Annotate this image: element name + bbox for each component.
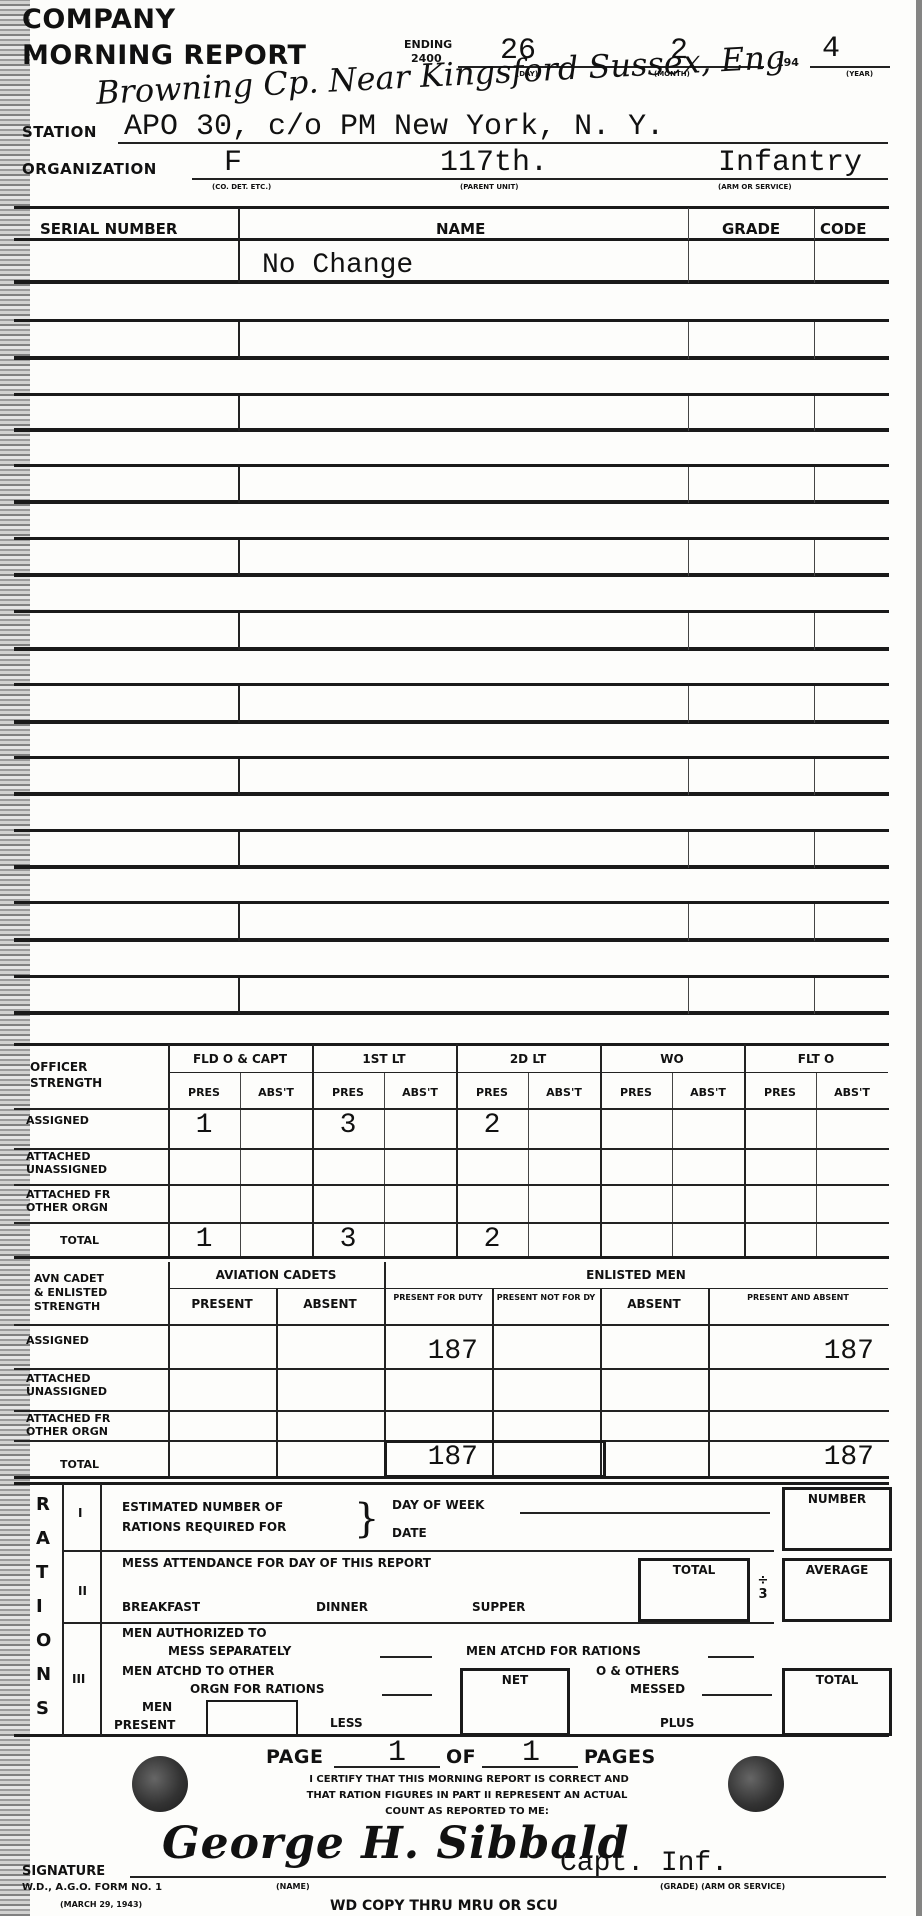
enlisted-col-divider [276, 1288, 278, 1478]
mess-total-label: TOTAL [641, 1563, 747, 1577]
roster-col-divider [814, 832, 815, 868]
officer-cell[interactable]: 2 [456, 1224, 528, 1255]
officer-group-header: WO [600, 1052, 744, 1066]
rations-divider-2 [100, 1484, 102, 1736]
supper-label[interactable]: SUPPER [472, 1600, 525, 1614]
atchd-other-line1: MEN ATCHD TO OTHER [122, 1664, 274, 1678]
officer-rule [14, 1222, 889, 1224]
enlisted-col-header: PRESENT FOR DUTY [384, 1292, 492, 1304]
seal-right-icon [728, 1756, 784, 1812]
enlisted-row-label: ATTACHED FR OTHER ORGN [26, 1412, 156, 1438]
enlisted-row-label: ASSIGNED [26, 1334, 156, 1347]
rations-side-letter: R [36, 1494, 50, 1515]
certify-line2: THAT RATION FIGURES IN PART II REPRESENT… [242, 1790, 692, 1801]
roster-col-divider [688, 322, 689, 359]
officer-col-divider [528, 1072, 529, 1258]
org-company-caption: (CO. DET. ETC.) [212, 183, 271, 191]
seal-left-icon [132, 1756, 188, 1812]
enlisted-rule [14, 1368, 889, 1370]
org-arm[interactable]: Infantry [718, 146, 862, 180]
enlisted-title: AVN CADET [34, 1272, 104, 1285]
officer-subcol-header: PRES [168, 1086, 240, 1099]
day-of-week-field[interactable] [520, 1512, 770, 1514]
roster-rule [14, 238, 889, 241]
officer-col-divider [744, 1044, 746, 1258]
org-parent-caption: (PARENT UNIT) [460, 183, 518, 191]
rations-bottom-rule [14, 1734, 889, 1737]
enlisted-col-header: ABSENT [276, 1298, 384, 1310]
roster-col-divider [814, 978, 815, 1014]
mess-separately-field[interactable] [380, 1656, 432, 1658]
name-caption: (NAME) [276, 1882, 310, 1891]
organization-label: ORGANIZATION [22, 160, 157, 178]
roster-rule [14, 573, 889, 577]
atchd-rations-field[interactable] [708, 1656, 754, 1658]
grade-caption: (GRADE) (ARM OR SERVICE) [660, 1882, 785, 1891]
part3-number: III [72, 1672, 85, 1686]
roster-col-divider [688, 208, 689, 240]
grade-arm-value[interactable]: Capt. Inf. [560, 1848, 728, 1879]
officer-rule [168, 1072, 888, 1073]
roster-col-divider [814, 322, 815, 359]
officer-subcol-header: PRES [456, 1086, 528, 1099]
officer-cell[interactable]: 1 [168, 1224, 240, 1255]
enlisted-row-label: ATTACHED UNASSIGNED [26, 1372, 156, 1398]
roster-rule [14, 1043, 889, 1046]
rations-top-rule [14, 1482, 889, 1485]
of-label: OF [446, 1746, 476, 1768]
officer-row-label: ASSIGNED [26, 1114, 156, 1127]
aviation-cadets-header: AVIATION CADETS [168, 1268, 384, 1282]
roster-col-divider [688, 904, 689, 941]
org-company[interactable]: F [224, 146, 242, 180]
page-num-underline [334, 1766, 440, 1768]
auth-line1: MEN AUTHORIZED TO [122, 1626, 267, 1640]
rations-divider-1 [62, 1484, 64, 1736]
roster-name-cell[interactable] [240, 467, 686, 500]
enlisted-col-header: ABSENT [600, 1298, 708, 1310]
morning-report-form: COMPANY MORNING REPORT ENDING 2400 26 2 … [0, 0, 922, 1916]
scan-edge-right [916, 0, 922, 1916]
atchd-rations-label: MEN ATCHD FOR RATIONS [466, 1644, 641, 1658]
officer-cell[interactable]: 2 [456, 1110, 528, 1141]
roster-col-divider [688, 978, 689, 1014]
officer-group-header: FLD O & CAPT [168, 1052, 312, 1066]
roster-col-divider [688, 396, 689, 431]
col-grade: GRADE [722, 220, 780, 238]
roster-col-divider [814, 467, 815, 503]
divide-by-three: ÷ 3 [756, 1574, 770, 1602]
enlisted-total-highlight-box [384, 1440, 606, 1478]
roster-rule [14, 720, 889, 724]
atchd-other-line2: ORGN FOR RATIONS [190, 1682, 324, 1696]
rations-side-letter: T [36, 1562, 49, 1583]
number-box[interactable]: NUMBER [782, 1487, 892, 1551]
rations-side-letter: S [36, 1698, 49, 1719]
officer-col-divider [600, 1044, 602, 1258]
part1-number: I [78, 1506, 82, 1520]
roster-name-cell[interactable] [240, 978, 686, 1011]
officer-col-divider [240, 1072, 241, 1258]
officer-subcol-header: PRES [600, 1086, 672, 1099]
men-present-line2: PRESENT [114, 1718, 175, 1732]
mess-total-box[interactable]: TOTAL [638, 1558, 750, 1622]
auth-line2: MESS SEPARATELY [168, 1644, 291, 1658]
page-label: PAGE [266, 1746, 323, 1768]
roster-name-cell[interactable] [240, 613, 686, 647]
certify-line1: I CERTIFY THAT THIS MORNING REPORT IS CO… [262, 1774, 676, 1785]
officer-rule [14, 1184, 889, 1186]
enlisted-row-label: TOTAL [60, 1458, 140, 1471]
atchd-other-field[interactable] [382, 1694, 432, 1696]
officer-col-divider [384, 1072, 385, 1258]
others-line2: MESSED [630, 1682, 685, 1696]
roster-rule [14, 792, 889, 796]
officer-col-divider [816, 1072, 817, 1258]
part3-total-label: TOTAL [785, 1673, 889, 1687]
scan-edge-left [0, 0, 30, 1916]
ending-label: ENDING [404, 38, 452, 51]
average-box[interactable]: AVERAGE [782, 1558, 892, 1622]
plus-label: PLUS [660, 1716, 694, 1730]
roster-rule [14, 280, 889, 284]
men-present-box[interactable] [206, 1700, 298, 1736]
officer-rule [14, 1108, 889, 1110]
enlisted-col-header: PRESENT NOT FOR DY [492, 1292, 600, 1304]
enlisted-cell[interactable]: 187 [384, 1336, 478, 1367]
roster-rule [14, 938, 889, 942]
officer-group-header: 1ST LT [312, 1052, 456, 1066]
roster-col-divider [688, 832, 689, 868]
form-date: (MARCH 29, 1943) [60, 1900, 142, 1909]
org-arm-caption: (ARM OR SERVICE) [718, 183, 792, 191]
officer-subcol-header: ABS'T [528, 1086, 600, 1099]
less-label: LESS [330, 1716, 363, 1730]
form-id: W.D., A.G.O. FORM NO. 1 [22, 1882, 162, 1893]
col-serial-number: SERIAL NUMBER [40, 220, 177, 238]
officer-group-header: FLT O [744, 1052, 888, 1066]
day-of-week-label: DAY OF WEEK [392, 1498, 484, 1512]
roster-rule [14, 865, 889, 869]
roster-col-divider [814, 396, 815, 431]
enlisted-men-header: ENLISTED MEN [384, 1268, 888, 1282]
average-label: AVERAGE [785, 1563, 889, 1577]
part2-number: II [78, 1584, 87, 1598]
officer-subcol-header: ABS'T [384, 1086, 456, 1099]
officer-subcol-header: PRES [312, 1086, 384, 1099]
roster-rule [14, 356, 889, 360]
pages-label: PAGES [584, 1746, 656, 1768]
part1-line1: ESTIMATED NUMBER OF [122, 1500, 283, 1514]
enlisted-rule [14, 1324, 889, 1326]
form-title-company: COMPANY [22, 4, 176, 35]
roster-name-cell[interactable] [240, 904, 686, 938]
officer-subcol-header: ABS'T [672, 1086, 744, 1099]
date-label: DATE [392, 1526, 427, 1540]
roster-col-divider [238, 241, 240, 283]
rations-side-letter: I [36, 1596, 43, 1617]
officer-col-divider [672, 1072, 673, 1258]
org-parent-unit[interactable]: 117th. [440, 146, 548, 180]
men-present-line1: MEN [142, 1700, 172, 1714]
enlisted-title: STRENGTH [34, 1300, 100, 1313]
roster-col-divider [688, 241, 689, 283]
station-value[interactable]: APO 30, c/o PM New York, N. Y. [124, 110, 664, 144]
enlisted-col-header: PRESENT AND ABSENT [708, 1292, 888, 1304]
roster-name-cell[interactable] [240, 396, 686, 428]
officer-subcol-header: PRES [744, 1086, 816, 1099]
breakfast-label[interactable]: BREAKFAST [122, 1600, 200, 1614]
roster-rule [14, 428, 889, 432]
rations-part-rule-1 [62, 1550, 774, 1552]
signature-line [130, 1876, 886, 1878]
net-label: NET [463, 1673, 567, 1687]
roster-col-divider [814, 904, 815, 941]
roster-col-divider [814, 241, 815, 283]
enlisted-title: & ENLISTED [34, 1286, 107, 1299]
roster-rule [14, 500, 889, 504]
col-code: CODE [820, 220, 866, 238]
roster-col-divider [688, 759, 689, 795]
roster-col-divider [688, 540, 689, 576]
enlisted-col-header: PRESENT [168, 1298, 276, 1310]
roster-col-divider [688, 613, 689, 650]
enlisted-cell[interactable]: 187 [708, 1336, 874, 1367]
officer-strength-title: STRENGTH [30, 1076, 102, 1090]
roster-col-divider [688, 467, 689, 503]
year-caption: (YEAR) [846, 70, 873, 78]
roster-name-cell[interactable] [240, 540, 686, 573]
others-messed-field[interactable] [702, 1694, 772, 1696]
report-year[interactable]: 4 [822, 32, 840, 66]
page-total[interactable]: 1 [522, 1736, 540, 1770]
dinner-label[interactable]: DINNER [316, 1600, 368, 1614]
officer-strength-title: OFFICER [30, 1060, 87, 1074]
officer-subcol-header: ABS'T [240, 1086, 312, 1099]
roster-col-divider [814, 613, 815, 650]
roster-rule [14, 1011, 889, 1015]
rations-side-letter: N [36, 1664, 52, 1685]
roster-col-divider [238, 208, 240, 240]
others-line1: O & OTHERS [596, 1664, 680, 1678]
officer-row-label: TOTAL [60, 1234, 140, 1247]
officer-bottom-rule [14, 1256, 889, 1259]
year-underline [810, 66, 890, 68]
mess-attendance-title: MESS ATTENDANCE FOR DAY OF THIS REPORT [122, 1556, 431, 1570]
roster-col-divider [814, 540, 815, 576]
signature-label: SIGNATURE [22, 1864, 105, 1879]
roster-entry-1[interactable]: No Change [262, 250, 413, 281]
roster-rule [14, 647, 889, 651]
page-number[interactable]: 1 [388, 1736, 406, 1770]
roster-name-cell[interactable] [240, 322, 686, 356]
officer-cell[interactable]: 3 [312, 1224, 384, 1255]
enlisted-col-divider [168, 1262, 170, 1478]
officer-subcol-header: ABS'T [816, 1086, 888, 1099]
officer-row-label: ATTACHED FR OTHER ORGN [26, 1188, 156, 1214]
number-box-label: NUMBER [785, 1492, 889, 1506]
part3-total-box[interactable]: TOTAL [782, 1668, 892, 1736]
rations-side-letter: O [36, 1630, 52, 1651]
enlisted-cell[interactable]: 187 [708, 1442, 874, 1473]
roster-col-divider [688, 686, 689, 723]
net-box[interactable]: NET [460, 1668, 570, 1736]
col-name: NAME [436, 220, 485, 238]
roster-col-divider [814, 208, 815, 240]
officer-row-label: ATTACHED UNASSIGNED [26, 1150, 156, 1176]
part1-line2: RATIONS REQUIRED FOR [122, 1520, 286, 1534]
brace-icon: } [354, 1496, 379, 1542]
roster-col-divider [814, 759, 815, 795]
officer-group-header: 2D LT [456, 1052, 600, 1066]
officer-cell[interactable]: 1 [168, 1110, 240, 1141]
station-label: STATION [22, 123, 97, 141]
roster-name-cell[interactable] [240, 686, 686, 720]
rations-side-letter: A [36, 1528, 50, 1549]
rations-part-rule-2 [62, 1622, 774, 1624]
certify-line3: COUNT AS REPORTED TO ME: [342, 1806, 592, 1817]
roster-col-divider [814, 686, 815, 723]
roster-top-rule [14, 206, 889, 209]
roster-name-cell[interactable] [240, 759, 686, 792]
roster-name-cell[interactable] [240, 832, 686, 865]
officer-cell[interactable]: 3 [312, 1110, 384, 1141]
wd-copy-note: WD COPY THRU MRU OR SCU [330, 1898, 558, 1914]
